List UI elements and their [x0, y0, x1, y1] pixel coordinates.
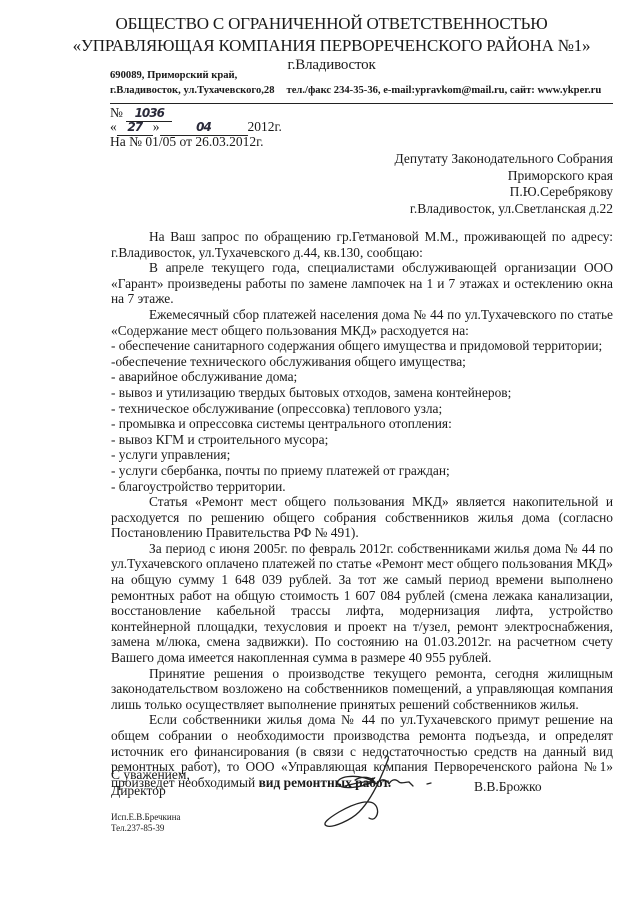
addressee-name: П.Ю.Серебрякову: [395, 184, 613, 201]
quote-close: »: [153, 119, 160, 134]
org-contacts: тел./факс 234-35-36, e-mail:ypravkom@mai…: [287, 85, 602, 96]
quote-open: «: [110, 119, 117, 134]
expense-list: - обеспечение санитарного содержания общ…: [111, 338, 613, 494]
list-item: - услуги сбербанка, почты по приему плат…: [111, 463, 613, 479]
date-year: 2012г.: [248, 119, 282, 134]
list-item: - обеспечение санитарного содержания общ…: [111, 338, 613, 354]
paragraph-monthly-payments: Ежемесячный сбор платежей населения дома…: [111, 307, 613, 338]
org-name-line2: «УПРАВЛЯЮЩАЯ КОМПАНИЯ ПЕРВОРЕЧЕНСКОГО РА…: [10, 36, 643, 56]
addressee-region: Приморского края: [395, 168, 613, 185]
list-item: - аварийное обслуживание дома;: [111, 369, 613, 385]
reply-reference: На № 01/05 от 26.03.2012г.: [110, 134, 263, 149]
letterhead-divider: [110, 103, 613, 104]
paragraph-repair-article: Статья «Ремонт мест общего пользования М…: [111, 494, 613, 541]
executor-name: Исп.Е.В.Бречкина: [111, 812, 181, 823]
list-item: - вывоз КГМ и строительного мусора;: [111, 432, 613, 448]
list-item: -обеспечение технического обслуживания о…: [111, 354, 613, 370]
paragraph-garant-works: В апреле текущего года, специалистами об…: [111, 260, 613, 307]
list-item: - промывка и опрессовка системы централь…: [111, 416, 613, 432]
org-address-line1: 690089, Приморский край,: [110, 69, 237, 83]
executor-phone: Тел.237-85-39: [111, 823, 181, 834]
list-item: - техническое обслуживание (опрессовка) …: [111, 401, 613, 417]
letter-body: На Ваш запрос по обращению гр.Гетмановой…: [111, 229, 613, 790]
number-sign: №: [110, 105, 123, 120]
list-item: - вывоз и утилизацию твердых бытовых отх…: [111, 385, 613, 401]
closing-block: С уважением, Директор: [111, 767, 190, 799]
list-item: - благоустройство территории.: [111, 479, 613, 495]
addressee-title: Депутату Законодательного Собрания: [395, 151, 613, 168]
closing-regards: С уважением,: [111, 767, 190, 783]
org-street: г.Владивосток, ул.Тухачевского,28: [110, 85, 275, 96]
handwritten-signature-icon: [315, 752, 445, 839]
paragraph-intro: На Ваш запрос по обращению гр.Гетмановой…: [111, 229, 613, 260]
signer-name: В.В.Брожко: [474, 779, 542, 795]
paragraph-financial-summary: За период с июня 2005г. по февраль 2012г…: [111, 541, 613, 666]
executor-block: Исп.Е.В.Бречкина Тел.237-85-39: [111, 812, 181, 834]
addressee-block: Депутату Законодательного Собрания Примо…: [395, 151, 613, 217]
org-name-line1: ОБЩЕСТВО С ОГРАНИЧЕННОЙ ОТВЕТСТВЕННОСТЬЮ: [10, 14, 643, 34]
paragraph-owners-decision: Принятие решения о производстве текущего…: [111, 666, 613, 713]
org-city: г.Владивосток: [10, 55, 643, 75]
org-address-line2: г.Владивосток, ул.Тухачевского,28тел./фа…: [110, 84, 601, 98]
addressee-address: г.Владивосток, ул.Светланская д.22: [395, 201, 613, 218]
signer-position: Директор: [111, 783, 190, 799]
list-item: - услуги управления;: [111, 447, 613, 463]
